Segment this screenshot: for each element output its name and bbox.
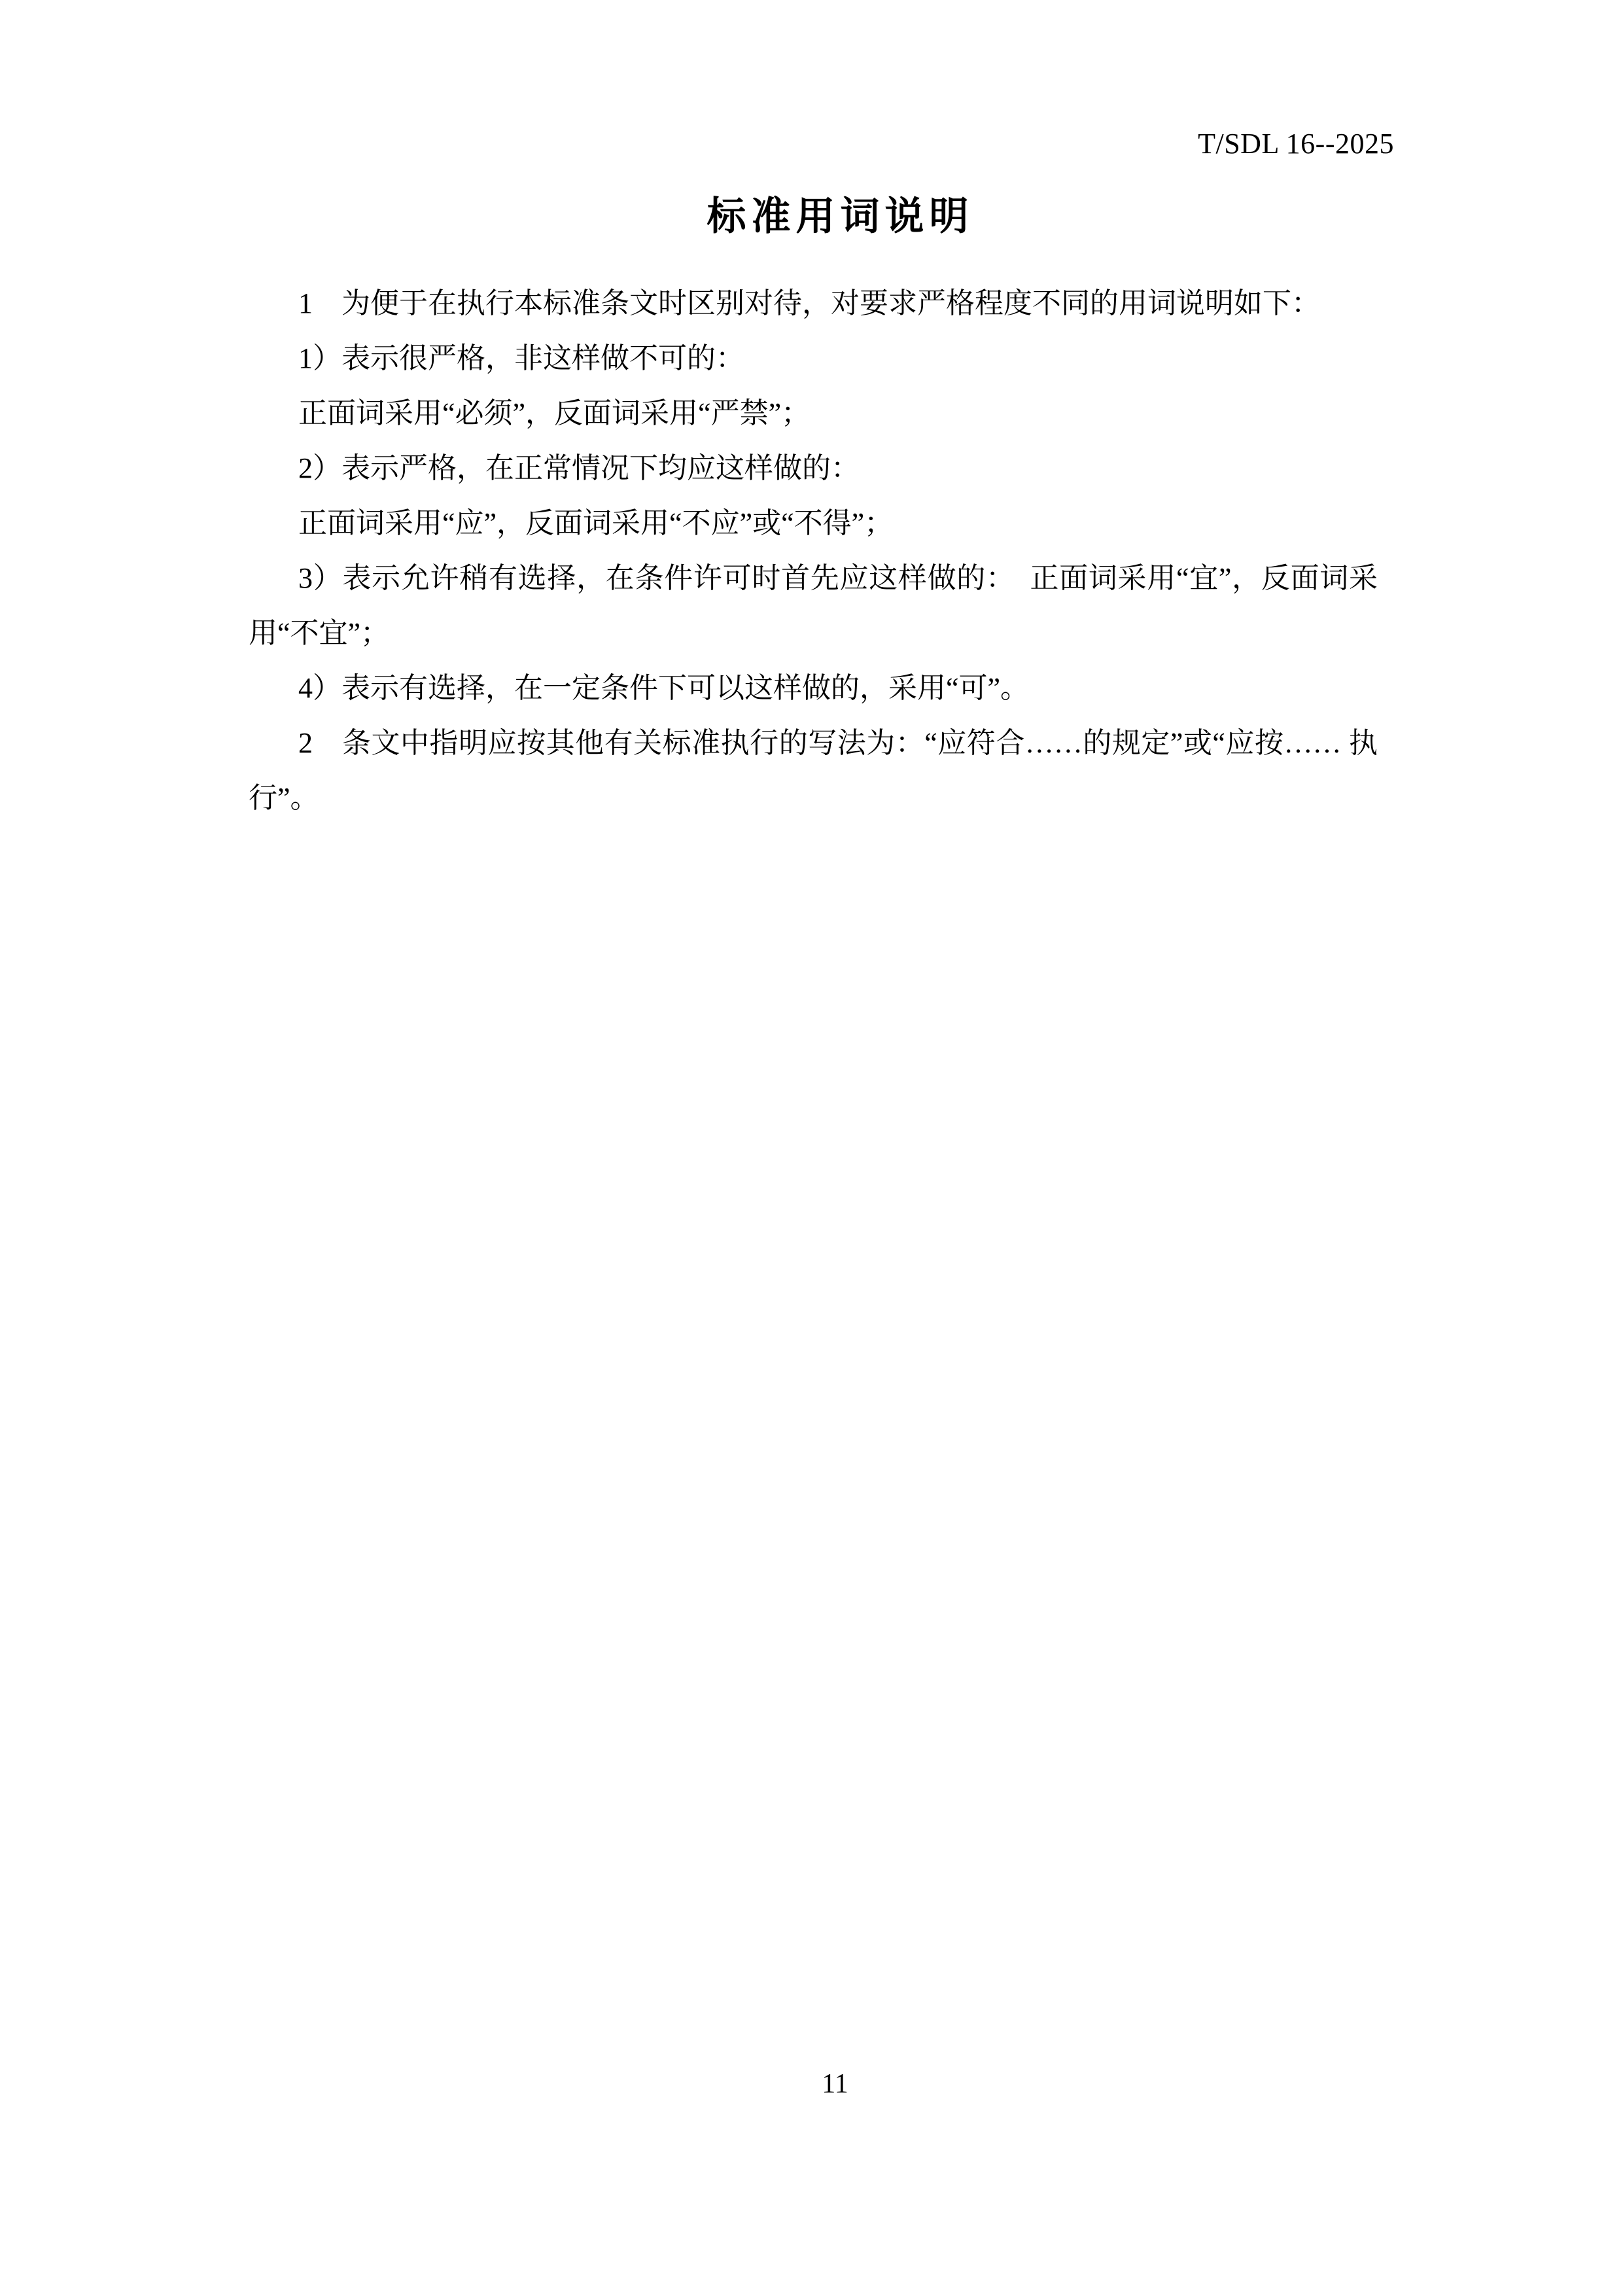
body-text: 1 为便于在执行本标准条文时区别对待，对要求严格程度不同的用词说明如下： 1）表… [249, 276, 1378, 826]
paragraph-item-1-terms: 正面词采用“必须”，反面词采用“严禁”； [249, 386, 1378, 441]
paragraph-item-3: 3）表示允许稍有选择，在条件许可时首先应这样做的： 正面词采用“宜”，反面词采用… [249, 551, 1378, 661]
paragraph-item-2: 2）表示严格，在正常情况下均应这样做的： [249, 441, 1378, 496]
standard-code: T/SDL 16--2025 [1198, 128, 1394, 160]
paragraph-item-2-terms: 正面词采用“应”，反面词采用“不应”或“不得”； [249, 496, 1378, 551]
paragraph-intro: 1 为便于在执行本标准条文时区别对待，对要求严格程度不同的用词说明如下： [249, 276, 1378, 331]
paragraph-item-4: 4）表示有选择，在一定条件下可以这样做的，采用“可”。 [249, 661, 1378, 716]
page-number: 11 [24, 2069, 1623, 2099]
page-title: 标准用词说明 [29, 195, 1623, 238]
paragraph-clause-2: 2 条文中指明应按其他有关标准执行的写法为：“应符合……的规定”或“应按…… 执… [249, 716, 1378, 826]
paragraph-item-1: 1）表示很严格，非这样做不可的： [249, 331, 1378, 386]
document-page: T/SDL 16--2025 标准用词说明 1 为便于在执行本标准条文时区别对待… [0, 0, 1623, 2296]
